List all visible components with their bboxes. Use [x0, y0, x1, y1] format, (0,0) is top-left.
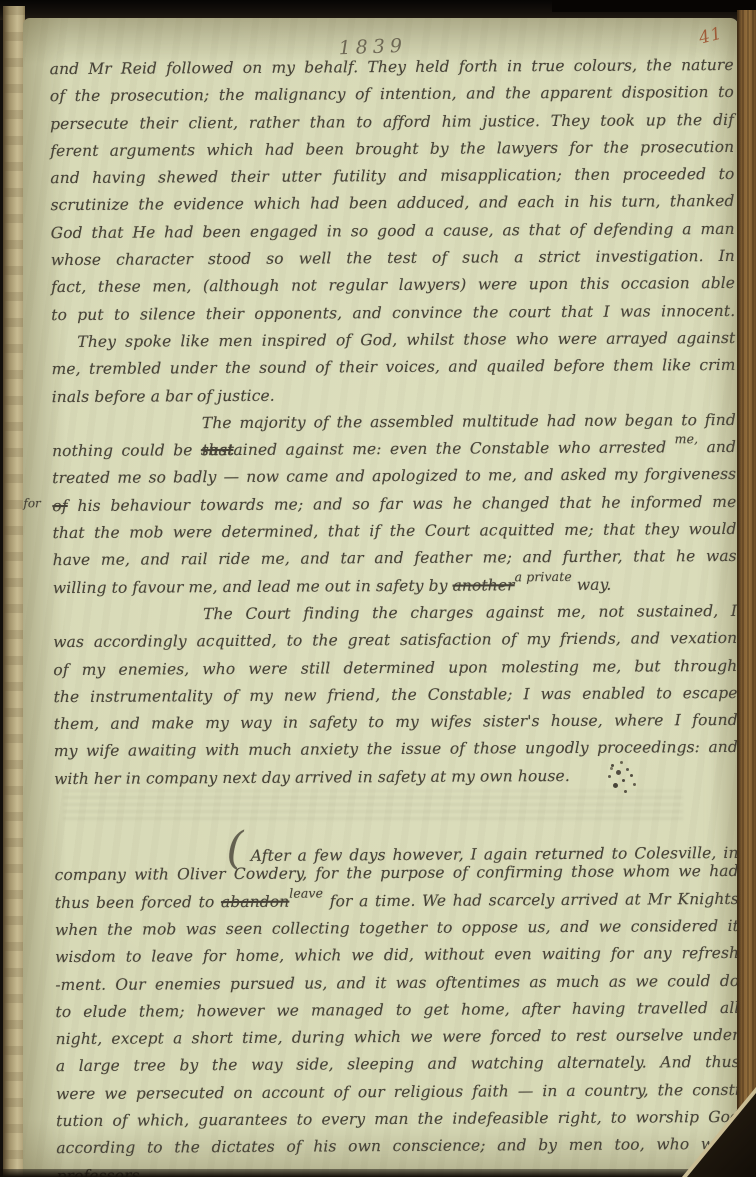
text-segment-margin: for — [23, 490, 41, 517]
text-segment: and having shewed their utter futility a… — [50, 165, 734, 187]
manuscript-line: and having shewed their utter futility a… — [50, 161, 734, 192]
text-segment: ferent arguments which had been brought … — [50, 138, 734, 160]
manuscript-line: to put to silence their opponents, and c… — [51, 298, 735, 329]
text-segment: have me, and rail ride me, and tar and f… — [53, 547, 737, 569]
text-segment: way. — [572, 575, 612, 593]
manuscript-line: tution of which, guarantees to every man… — [56, 1104, 740, 1135]
text-segment: whose character stood so well the test o… — [51, 247, 735, 269]
manuscript-text: and Mr Reid followed on my behalf. They … — [50, 52, 741, 1163]
text-segment: to elude them; however we managed to get… — [55, 999, 739, 1021]
text-segment: They spoke like men inspired of God, whi… — [77, 329, 735, 351]
text-segment: tution of which, guarantees to every man… — [56, 1108, 740, 1130]
manuscript-line: inals before a bar of justice. — [52, 379, 736, 410]
text-segment: the instrumentality of my new friend, th… — [53, 684, 737, 706]
manuscript-line: The majority of the assembled multitude … — [52, 407, 736, 438]
text-segment: that the mob were determined, that if th… — [52, 520, 736, 542]
manuscript-line: me, trembled under the sound of their vo… — [51, 352, 735, 383]
text-segment: to put to silence their opponents, and c… — [51, 302, 735, 324]
manuscript-line: thus been forced to abandonleave for a t… — [55, 886, 739, 917]
manuscript-paragraph: and Mr Reid followed on my behalf. They … — [50, 52, 736, 329]
manuscript-line: persecute their client, rather than to a… — [50, 107, 734, 138]
text-segment: ained against me: even the Constable who… — [233, 438, 674, 459]
manuscript-line: scrutinize the evidence which had been a… — [50, 188, 734, 219]
text-segment: of my enemies, who were still determined… — [53, 656, 737, 678]
text-segment: when the mob was seen collecting togethe… — [55, 917, 739, 939]
text-segment: inals before a bar of justice. — [52, 386, 275, 405]
manuscript-line: them, and make my way in safety to my wi… — [54, 707, 738, 738]
text-segment: God that He had been engaged in so good … — [51, 220, 735, 242]
text-segment: my wife awaiting with much anxiety the i… — [54, 738, 738, 760]
manuscript-line: a large tree by the way side, sleeping a… — [56, 1049, 740, 1080]
page-stack-edge — [737, 10, 756, 1177]
manuscript-line: and Mr Reid followed on my behalf. They … — [50, 52, 734, 83]
text-segment: a large tree by the way side, sleeping a… — [56, 1053, 740, 1075]
manuscript-line: my wife awaiting with much anxiety the i… — [54, 734, 738, 765]
text-segment: night, except a short time, during which… — [56, 1026, 740, 1048]
book-photo: 1839 41 and Mr Reid followed on my behal… — [0, 0, 756, 1177]
manuscript-line: night, except a short time, during which… — [56, 1022, 740, 1053]
text-segment: were we persecuted on account of our rel… — [56, 1081, 740, 1103]
text-segment: his behaviour towards me; and so far was… — [68, 493, 737, 515]
text-segment: them, and make my way in safety to my wi… — [54, 711, 738, 733]
manuscript-line: to elude them; however we managed to get… — [55, 995, 739, 1026]
manuscript-paragraph: They spoke like men inspired of God, whi… — [51, 325, 735, 411]
text-segment: of the prosecution; the malignancy of in… — [50, 83, 734, 105]
manuscript-line: fact, these men, (although not regular l… — [51, 270, 735, 301]
book-binding-edge — [3, 6, 25, 1177]
manuscript-line: God that He had been engaged in so good … — [51, 216, 735, 247]
text-segment: scrutinize the evidence which had been a… — [50, 192, 734, 214]
text-segment: was accordingly acquitted, to the great … — [53, 629, 737, 651]
manuscript-paragraph: The Court finding the charges against me… — [53, 598, 738, 793]
text-segment: fact, these men, (although not regular l… — [51, 274, 735, 296]
text-segment-strike: abandon — [221, 892, 289, 910]
text-segment: thus been forced to — [55, 893, 221, 912]
text-segment-strike: another — [452, 576, 514, 594]
manuscript-line: the instrumentality of my new friend, th… — [53, 680, 737, 711]
manuscript-line: company with Oliver Cowdery, for the pur… — [55, 858, 739, 889]
manuscript-photo: { "header": { "year": "1839", "page_numb… — [0, 0, 756, 1177]
manuscript-line: wisdom to leave for home, which we did, … — [55, 940, 739, 971]
manuscript-page: 1839 41 and Mr Reid followed on my behal… — [23, 18, 739, 1177]
text-segment-pmark: ( — [226, 836, 243, 854]
manuscript-line: were we persecuted on account of our rel… — [56, 1077, 740, 1108]
book-top-edge-shadow-right — [552, 0, 756, 12]
page-number: 41 — [697, 23, 725, 48]
manuscript-line: They spoke like men inspired of God, whi… — [51, 325, 735, 356]
text-segment-strike: sust — [201, 441, 234, 459]
manuscript-line: nothing could be sustained against me: e… — [52, 434, 736, 465]
text-segment: The Court finding the charges against me… — [203, 602, 737, 623]
text-segment: and — [698, 438, 736, 456]
text-segment: -ment. Our enemies pursued us, and it wa… — [55, 971, 739, 993]
text-segment: treated me so badly — now came and apolo… — [52, 465, 736, 487]
show-through-texture — [63, 790, 683, 824]
text-segment: persecute their client, rather than to a… — [50, 111, 734, 133]
manuscript-line: according to the dictates of his own con… — [56, 1131, 740, 1162]
manuscript-paragraph: ( After a few days however, I again retu… — [54, 831, 740, 1163]
manuscript-line: willing to favour me, and lead me out in… — [53, 571, 737, 602]
manuscript-line: of my enemies, who were still determined… — [53, 652, 737, 683]
text-segment: nothing could be — [52, 441, 201, 460]
text-segment: wisdom to leave for home, which we did, … — [55, 944, 739, 966]
text-segment: for a time. We had scarcely arrived at M… — [323, 890, 739, 911]
text-segment: and Mr Reid followed on my behalf. They … — [50, 56, 734, 78]
manuscript-line: whose character stood so well the test o… — [51, 243, 735, 274]
text-segment: me, trembled under the sound of their vo… — [51, 356, 735, 378]
ink-blot — [611, 764, 614, 767]
text-segment: willing to favour me, and lead me out in… — [53, 576, 453, 596]
book-bottom-edge-shadow — [0, 1169, 712, 1177]
manuscript-line: ferent arguments which had been brought … — [50, 134, 734, 165]
manuscript-line: of the prosecution; the malignancy of in… — [50, 79, 734, 110]
manuscript-line: treated me so badly — now came and apolo… — [52, 461, 736, 492]
text-segment-strike: of — [52, 497, 67, 515]
text-segment: company with Oliver Cowdery, for the pur… — [55, 862, 739, 884]
manuscript-line: with her in company next day arrived in … — [54, 762, 738, 793]
manuscript-line: that the mob were determined, that if th… — [52, 516, 736, 547]
manuscript-line: was accordingly acquitted, to the great … — [53, 625, 737, 656]
manuscript-line: forof his behaviour towards me; and so f… — [52, 489, 736, 520]
manuscript-paragraph: The majority of the assembled multitude … — [52, 407, 737, 602]
manuscript-line: ( After a few days however, I again retu… — [54, 831, 738, 862]
manuscript-line: when the mob was seen collecting togethe… — [55, 913, 739, 944]
manuscript-line: have me, and rail ride me, and tar and f… — [53, 543, 737, 574]
text-segment: with her in company next day arrived in … — [54, 767, 570, 788]
manuscript-line: The Court finding the charges against me… — [53, 598, 737, 629]
manuscript-line: -ment. Our enemies pursued us, and it wa… — [55, 967, 739, 998]
